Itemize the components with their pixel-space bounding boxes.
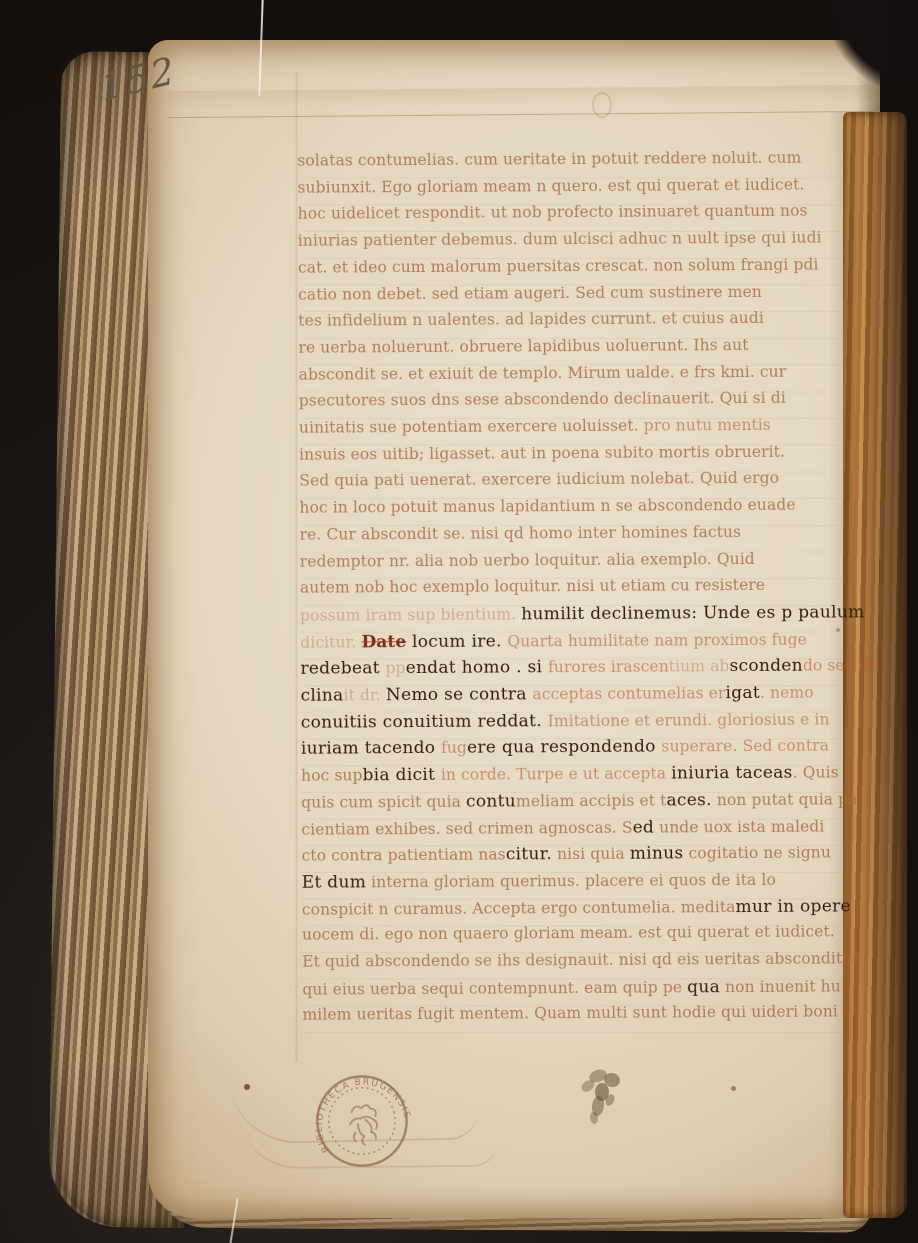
text-segment: re. Cur abscondit se. nisi qd homo inter…	[300, 523, 742, 544]
manuscript-line: re uerba noluerunt. obruere lapidibus uo…	[298, 336, 748, 363]
text-segment: cogitatio ne signu	[683, 844, 831, 863]
text-segment: iuriam tacendo	[301, 738, 441, 759]
text-segment: cto contra patientiam nas	[302, 846, 506, 865]
text-segment: in corde. Turpe e ut accepta	[441, 765, 671, 784]
ink-dot	[244, 1084, 250, 1090]
text-segment: . nemo	[760, 684, 814, 702]
text-segment: autem nob hoc exemplo loquitur. nisi ut …	[300, 576, 765, 597]
text-segment: unde uox ista maledi	[654, 817, 824, 836]
manuscript-line: redebeat ppendat homo . si furores irasc…	[300, 655, 879, 683]
text-segment: uinitatis sue potentiam exercere uoluiss…	[299, 417, 639, 437]
text-segment: conspicit n curamus. Accepta ergo contum…	[302, 898, 736, 919]
text-segment: fug	[441, 739, 467, 757]
manuscript-photo: 152 solatas contumelias. cum ueritate in…	[0, 0, 918, 1243]
manuscript-line: cat. et ideo cum malorum puersitas cresc…	[298, 255, 819, 282]
text-segment: non putat quia pa	[712, 790, 858, 809]
text-segment: re uerba noluerunt. obruere lapidibus uo…	[298, 336, 748, 357]
manuscript-line: redemptor nr. alia nob uerbo loquitur. a…	[300, 549, 755, 576]
text-segment: acceptas contumelias er	[532, 684, 725, 703]
text-segment: dicitur.	[300, 633, 361, 651]
text-segment: it dr.	[344, 686, 386, 704]
text-segment: insuis eos uitib; ligasset. aut in poena…	[299, 442, 785, 463]
text-segment: abscondit se. et exiuit de templo. Mirum…	[299, 362, 787, 383]
text-segment: pp	[386, 659, 406, 677]
smudge-blobs	[579, 1067, 621, 1124]
text-segment: cientiam exhibes. sed crimen agnoscas. S	[301, 818, 632, 838]
manuscript-line: psecutores suos dns sese abscondendo dec…	[299, 389, 786, 416]
manuscript-line: hoc in loco potuit manus lapidantium n s…	[299, 496, 795, 523]
text-segment: tes infidelium n ualentes. ad lapides cu…	[298, 309, 764, 330]
text-segment: bia dicit	[362, 765, 440, 785]
text-segment: . Quis	[793, 764, 839, 782]
manuscript-line: iniurias patienter debemus. dum ulcisci …	[298, 229, 822, 256]
manuscript-line: abscondit se. et exiuit de templo. Mirum…	[299, 362, 787, 389]
manuscript-line: uinitatis sue potentiam exercere uoluiss…	[299, 416, 771, 443]
manuscript-line: uocem di. ego non quaero gloriam meam. e…	[302, 923, 835, 950]
manuscript-line: milem ueritas fugit mentem. Quam multi s…	[302, 1003, 837, 1030]
manuscript-line: dicitur. Date locum ire. Quarta humilita…	[300, 629, 807, 656]
text-segment: ed	[633, 817, 655, 837]
manuscript-line: clinait dr. Nemo se contra acceptas cont…	[301, 683, 814, 710]
text-segment: qua	[687, 977, 720, 997]
text-segment: clina	[301, 685, 344, 705]
manuscript-line: re. Cur abscondit se. nisi qd homo inter…	[300, 523, 742, 550]
text-segment: quis cum spicit quia	[301, 793, 466, 812]
stamp-text: BIBLIOTHECA BRUGENSIS	[303, 1066, 415, 1155]
text-segment: redemptor nr. alia nob uerbo loquitur. a…	[300, 549, 755, 570]
text-segment: possum iram sup bientium.	[300, 605, 521, 624]
text-segment: Et dum	[302, 872, 367, 892]
manuscript-line: conuitiis conuitium reddat. Imitatione e…	[301, 709, 830, 736]
text-segment: mur in opere	[735, 896, 850, 917]
text-segment: Et quid abscondendo se ihs designauit. n…	[302, 949, 863, 970]
text-segment: milem ueritas fugit mentem. Quam multi s…	[302, 1003, 837, 1024]
text-segment: Quarta humilitate nam proximos fuge	[507, 630, 807, 650]
ink-dot	[836, 628, 840, 632]
text-segment: solatas contumelias. cum ueritate in pot…	[297, 149, 801, 170]
text-segment: Nemo se contra	[386, 684, 533, 705]
text-segment: non inuenit hu	[720, 977, 841, 996]
text-segment: iniurias patienter debemus. dum ulcisci …	[298, 229, 822, 250]
text-segment: sconden	[729, 656, 803, 676]
text-segment: minus	[630, 844, 684, 864]
text-segment: meliam accipis et t	[516, 791, 667, 810]
text-segment: Sed quia pati uenerat. exercere iudicium…	[299, 469, 779, 490]
manuscript-line: possum iram sup bientium. humilit declin…	[300, 602, 865, 629]
text-segment: subiunxit. Ego gloriam meam n quero. est…	[297, 175, 804, 196]
text-segment: cat. et ideo cum malorum puersitas cresc…	[298, 255, 819, 276]
text-segment: iniuria taceas	[671, 763, 793, 784]
manuscript-line: cientiam exhibes. sed crimen agnoscas. S…	[301, 816, 824, 843]
text-segment: pro nutu mentis	[639, 416, 771, 435]
text-segment: interna gloriam querimus. placere ei quo…	[366, 871, 776, 892]
ink-dot	[731, 1086, 736, 1091]
text-segment: humilit declinemus: Unde es p paulum	[521, 602, 864, 624]
text-segment: psecutores suos dns sese abscondendo dec…	[299, 389, 786, 410]
text-segment: ere qua respondendo	[467, 737, 662, 758]
ink-smudge	[568, 1058, 634, 1130]
manuscript-line: catio non debet. sed etiam augeri. Sed c…	[298, 282, 762, 309]
text-segment: hoc sup	[301, 766, 363, 784]
svg-text:BIBLIOTHECA BRUGENSIS: BIBLIOTHECA BRUGENSIS	[303, 1066, 415, 1155]
text-segment: igat	[725, 683, 760, 703]
text-segment: conuitiis conuitium reddat.	[301, 711, 548, 733]
manuscript-line: qui eius uerba sequi contempnunt. eam qu…	[302, 976, 841, 1003]
text-segment: aces.	[666, 790, 711, 810]
text-segment: tium ab	[669, 657, 730, 675]
manuscript-line: Et dum interna gloriam querimus. placere…	[302, 870, 776, 897]
manuscript-line: autem nob hoc exemplo loquitur. nisi ut …	[300, 576, 765, 603]
text-segment: catio non debet. sed etiam augeri. Sed c…	[298, 282, 762, 303]
manuscript-line: insuis eos uitib; ligasset. aut in poena…	[299, 442, 785, 469]
manuscript-line: Sed quia pati uenerat. exercere iudicium…	[299, 469, 779, 496]
text-segment: do sed de	[803, 656, 879, 674]
text-segment: Date	[361, 632, 406, 652]
text-segment: hoc in loco potuit manus lapidantium n s…	[299, 496, 795, 517]
text-segment: Imitatione et erundi. gloriosius e in	[548, 710, 830, 730]
faint-ring-stain	[592, 92, 612, 118]
text-segment: contu	[466, 791, 516, 811]
text-segment: nisi quia	[552, 845, 630, 863]
manuscript-line: subiunxit. Ego gloriam meam n quero. est…	[297, 175, 804, 202]
manuscript-line: conspicit n curamus. Accepta ergo contum…	[302, 896, 851, 923]
manuscript-line: tes infidelium n ualentes. ad lapides cu…	[298, 309, 764, 336]
text-segment: redebeat	[300, 659, 385, 680]
text-segment: qui eius uerba sequi contempnunt. eam qu…	[302, 978, 687, 998]
manuscript-line: iuriam tacendo fugere qua respondendo su…	[301, 736, 829, 763]
text-segment: citur.	[506, 844, 552, 864]
text-segment: superare. Sed contra	[661, 737, 829, 756]
text-segment: locum ire.	[406, 631, 507, 652]
text-block: solatas contumelias. cum ueritate in pot…	[297, 148, 868, 1051]
text-segment: hoc uidelicet respondit. ut nob profecto…	[298, 202, 808, 223]
manuscript-line: hoc supbia dicit in corde. Turpe e ut ac…	[301, 763, 839, 790]
manuscript-line: hoc uidelicet respondit. ut nob profecto…	[298, 202, 808, 229]
text-segment: uocem di. ego non quaero gloriam meam. e…	[302, 923, 835, 944]
manuscript-line: solatas contumelias. cum ueritate in pot…	[297, 149, 801, 176]
text-segment: furores irascen	[548, 658, 669, 677]
stamp-emblem	[346, 1102, 384, 1147]
manuscript-line: Et quid abscondendo se ihs designauit. n…	[302, 949, 863, 976]
text-segment: endat homo . si	[406, 658, 549, 679]
manuscript-line: quis cum spicit quia contumeliam accipis…	[301, 789, 857, 816]
manuscript-line: cto contra patientiam nascitur. nisi qui…	[301, 843, 831, 870]
